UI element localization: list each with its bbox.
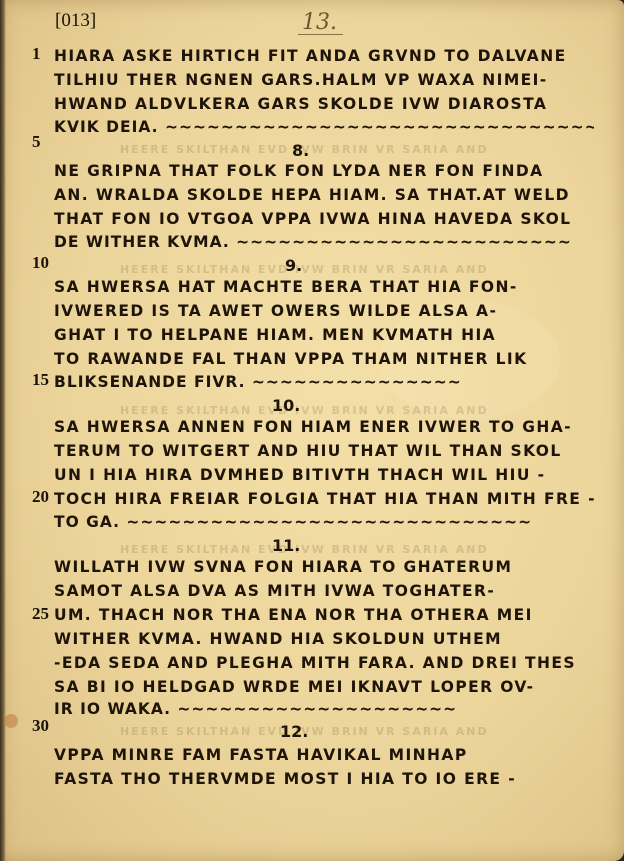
manuscript-line: FASTA THO THERVMDE MOST I HIA TO IO ERE … (54, 769, 594, 796)
section-number: 12. (280, 722, 308, 741)
page-number: 13. (298, 12, 343, 35)
show-through-text: HEERE SKILTHAN EVD IVW BRIN VR SARIA AND (120, 143, 580, 155)
show-through-text: HEERE SKILTHAN EVD IVW BRIN VR SARIA AND (120, 725, 580, 737)
section-number: 11. (272, 536, 300, 555)
show-through-text: HEERE SKILTHAN EVD IVW BRIN VR SARIA AND (120, 543, 580, 555)
folio-id: [013] (55, 10, 96, 32)
section-number: 8. (292, 141, 309, 160)
line-number: 30 (32, 716, 56, 736)
manuscript-line: BLIKSENANDE FIVR. ~~~~~~~~~~~~~~~ (54, 372, 594, 399)
manuscript-line: IR IO WAKA. ~~~~~~~~~~~~~~~~~~~~ (54, 699, 594, 726)
line-number: 1 (32, 44, 56, 64)
show-through-text: HEERE SKILTHAN EVD IVW BRIN VR SARIA AND (120, 263, 580, 275)
line-number: 10 (32, 253, 56, 273)
line-number: 20 (32, 487, 56, 507)
line-number: 15 (32, 370, 56, 390)
section-number: 9. (285, 256, 302, 275)
show-through-text: HEERE SKILTHAN EVD IVW BRIN VR SARIA AND (120, 404, 580, 416)
manuscript-line: DE WITHER KVMA. ~~~~~~~~~~~~~~~~~~~~~~~~ (54, 232, 594, 259)
line-number: 25 (32, 604, 56, 624)
age-stain (4, 714, 18, 728)
line-number: 5 (32, 132, 56, 152)
manuscript-line: TO GA. ~~~~~~~~~~~~~~~~~~~~~~~~~~~~~ (54, 512, 594, 539)
manuscript-page: HEERE SKILTHAN EVD IVW BRIN VR SARIA AND… (0, 0, 624, 861)
manuscript-line: KVIK DEIA. ~~~~~~~~~~~~~~~~~~~~~~~~~~~~~… (54, 117, 594, 144)
section-number: 10. (272, 396, 300, 415)
